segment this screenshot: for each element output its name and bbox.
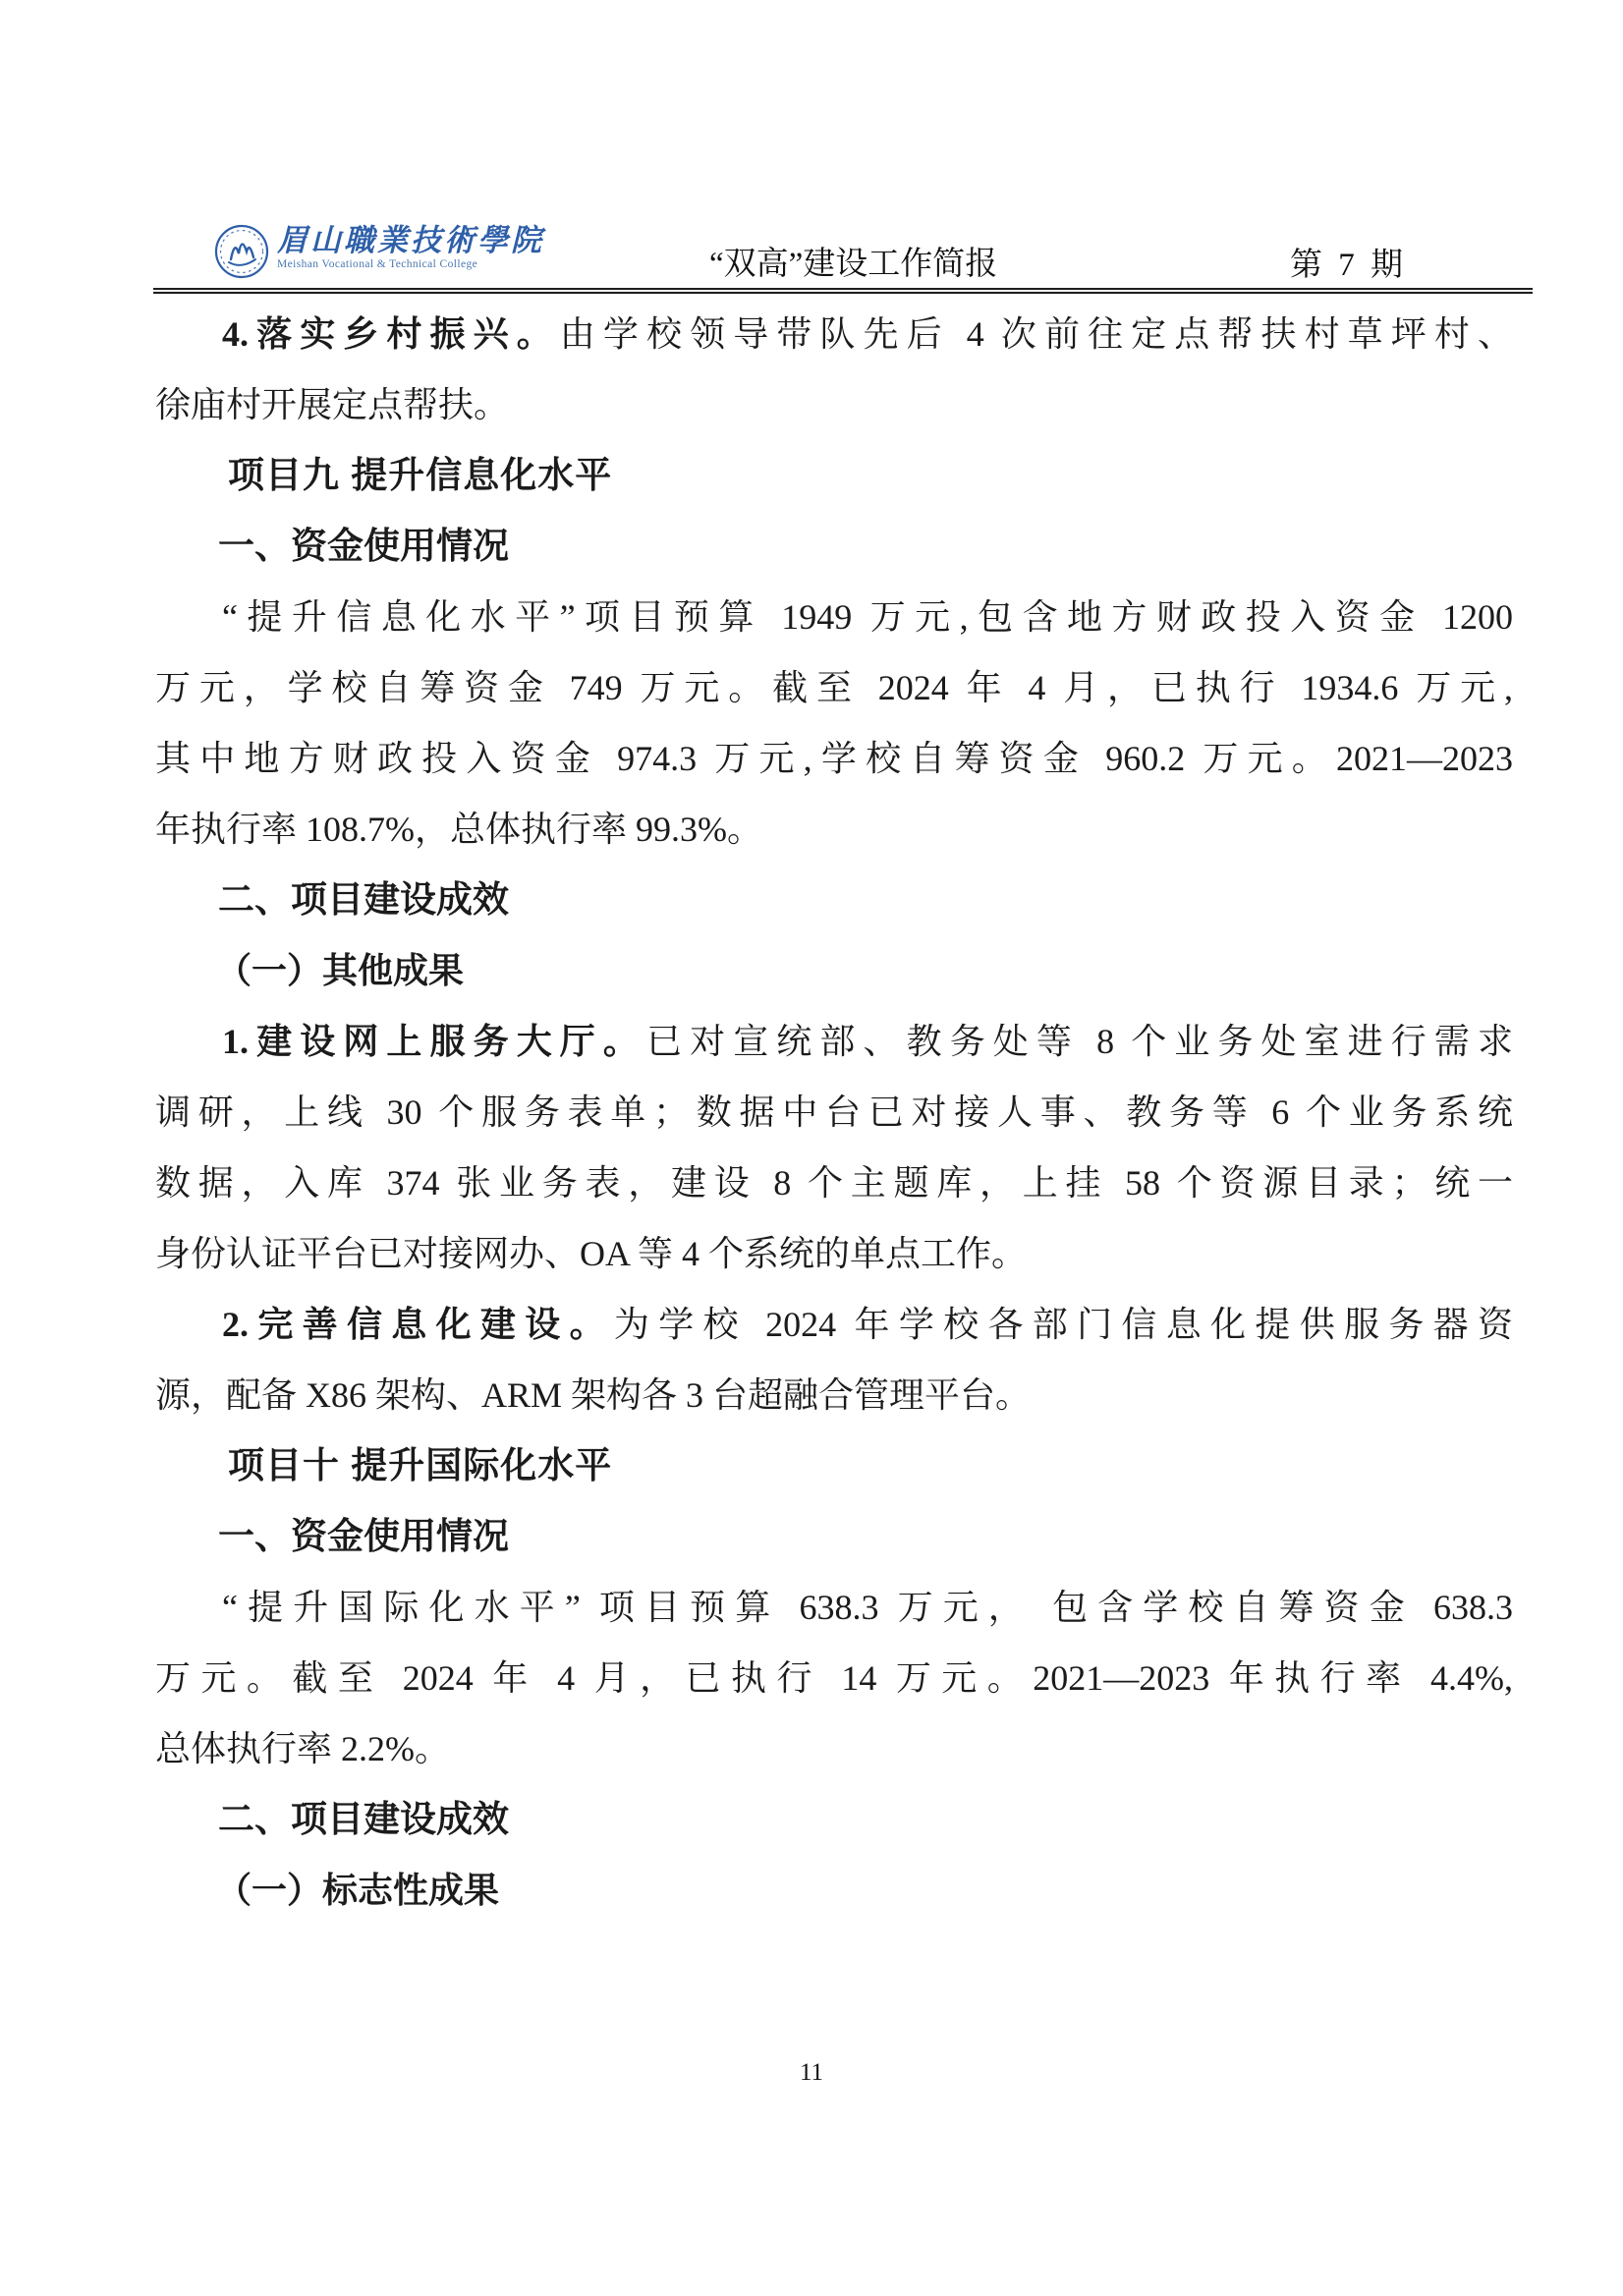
school-name-zh: 眉山職業技術學院 [277,224,544,257]
document-body: 4.落实乡村振兴。由学校领导带队先后 4 次前往定点帮扶村草坪村、 徐庙村开展定… [155,299,1513,1926]
school-name: 眉山職業技術學院 Meishan Vocational & Technical … [277,224,544,271]
text-run: 万元，学校自筹资金 749 万元。截至 2024 年 4 月，已执行 1934.… [155,668,1513,707]
heading-project-results-2: 二、项目建设成效 [155,1784,1513,1855]
bold-run: 1.建设网上服务大厅。 [222,1022,646,1061]
paragraph-line: 调研，上线 30 个服务表单；数据中台已对接人事、教务等 6 个业务系统 [155,1077,1513,1148]
bold-run: 2.完善信息化建设。 [222,1305,614,1344]
section-heading-project-9: 项目九 提升信息化水平 [155,440,1513,511]
text-run: “提升国际化水平” 项目预算 638.3 万元， 包含学校自筹资金 638.3 [222,1588,1513,1627]
school-seal-icon [214,224,269,279]
paragraph-line: 万元。截至 2024 年 4 月，已执行 14 万元。2021—2023 年执行… [155,1643,1513,1713]
text-run: 项目十 提升国际化水平 [228,1445,612,1485]
issue-number: 第 7 期 [1290,246,1407,285]
paragraph-line: 源，配备 X86 架构、ARM 架构各 3 台超融合管理平台。 [155,1360,1513,1430]
text-run: 一、资金使用情况 [218,1516,509,1556]
paragraph-line: 1.建设网上服务大厅。已对宣统部、教务处等 8 个业务处室进行需求 [155,1006,1513,1077]
document-page: 眉山職業技術學院 Meishan Vocational & Technical … [0,0,1623,2296]
masthead-title: “双高”建设工作简报 [709,245,997,284]
text-run: 二、项目建设成效 [218,879,509,920]
text-run: 万元。截至 2024 年 4 月，已执行 14 万元。2021—2023 年执行… [155,1658,1513,1698]
heading-funds-usage-2: 一、资金使用情况 [155,1501,1513,1572]
text-run: （一）标志性成果 [216,1871,499,1910]
subheading-other-results: （一）其他成果 [155,935,1513,1006]
paragraph-line: 4.落实乡村振兴。由学校领导带队先后 4 次前往定点帮扶村草坪村、 [155,299,1513,369]
text-run: 项目九 提升信息化水平 [228,455,612,495]
text-run: 年执行率 108.7%，总体执行率 99.3%。 [155,810,762,849]
paragraph-line: 总体执行率 2.2%。 [155,1713,1513,1784]
school-name-en: Meishan Vocational & Technical College [277,257,544,271]
text-run: 二、项目建设成效 [218,1799,509,1839]
text-run: （一）其他成果 [216,951,464,990]
page-number: 11 [0,2059,1623,2087]
paragraph-line: 徐庙村开展定点帮扶。 [155,369,1513,440]
text-run: 总体执行率 2.2%。 [155,1729,450,1768]
paragraph-line: 年执行率 108.7%，总体执行率 99.3%。 [155,794,1513,865]
text-run: 数据，入库 374 张业务表，建设 8 个主题库，上挂 58 个资源目录；统一 [155,1163,1513,1203]
text-run: “提升信息化水平”项目预算 1949 万元,包含地方财政投入资金 1200 [222,597,1513,637]
text-run: 身份认证平台已对接网办、OA 等 4 个系统的单点工作。 [155,1234,1027,1273]
text-run: 其中地方财政投入资金 974.3 万元,学校自筹资金 960.2 万元。2021… [155,739,1513,778]
paragraph-line: 身份认证平台已对接网办、OA 等 4 个系统的单点工作。 [155,1218,1513,1289]
text-run: 由学校领导带队先后 4 次前往定点帮扶村草坪村、 [560,314,1513,354]
paragraph-line: 2.完善信息化建设。为学校 2024 年学校各部门信息化提供服务器资 [155,1289,1513,1360]
heading-funds-usage: 一、资金使用情况 [155,511,1513,582]
paragraph-line: “提升信息化水平”项目预算 1949 万元,包含地方财政投入资金 1200 [155,582,1513,652]
school-logo: 眉山職業技術學院 Meishan Vocational & Technical … [214,224,544,279]
text-run: 调研，上线 30 个服务表单；数据中台已对接人事、教务等 6 个业务系统 [155,1092,1513,1132]
subheading-landmark-results: （一）标志性成果 [155,1855,1513,1926]
paragraph-line: 万元，学校自筹资金 749 万元。截至 2024 年 4 月，已执行 1934.… [155,652,1513,723]
text-run: 源，配备 X86 架构、ARM 架构各 3 台超融合管理平台。 [155,1375,1031,1415]
text-run: 一、资金使用情况 [218,526,509,566]
text-run: 已对宣统部、教务处等 8 个业务处室进行需求 [646,1022,1513,1061]
paragraph-line: “提升国际化水平” 项目预算 638.3 万元， 包含学校自筹资金 638.3 [155,1572,1513,1643]
header-divider [153,288,1533,294]
paragraph-line: 数据，入库 374 张业务表，建设 8 个主题库，上挂 58 个资源目录；统一 [155,1148,1513,1218]
paragraph-line: 其中地方财政投入资金 974.3 万元,学校自筹资金 960.2 万元。2021… [155,723,1513,794]
section-heading-project-10: 项目十 提升国际化水平 [155,1430,1513,1501]
text-run: 徐庙村开展定点帮扶。 [155,385,509,424]
heading-project-results: 二、项目建设成效 [155,865,1513,935]
text-run: 为学校 2024 年学校各部门信息化提供服务器资 [614,1305,1513,1344]
bold-run: 4.落实乡村振兴。 [222,314,560,354]
